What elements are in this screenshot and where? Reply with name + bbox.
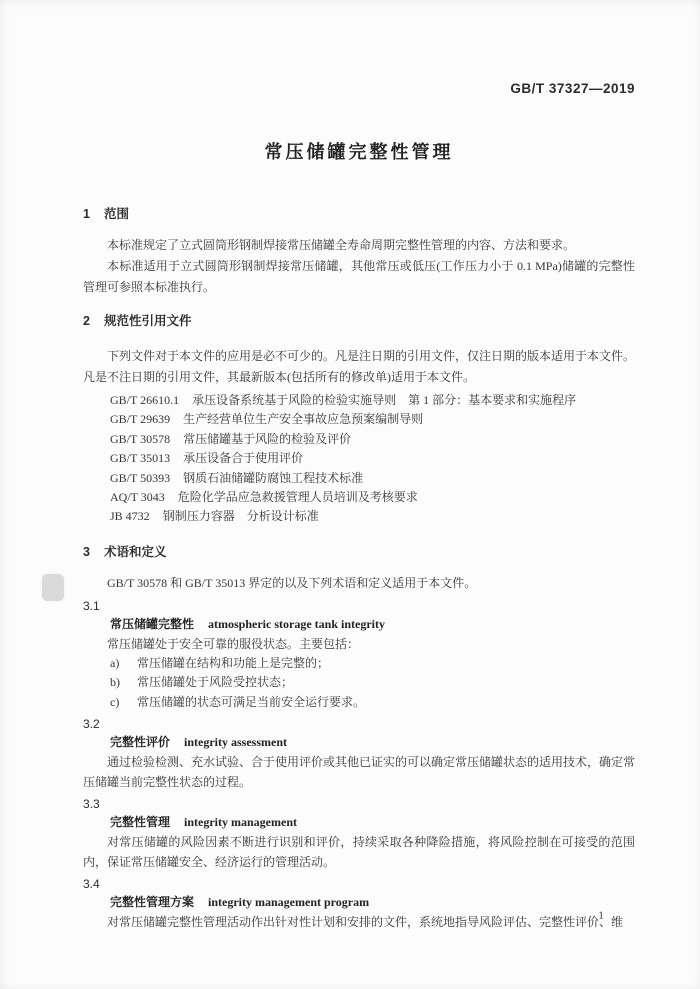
reference-code: AQ/T 3043 xyxy=(110,488,165,507)
scope-paragraph-2: 本标准适用于立式圆筒形钢制焊接常压储罐，其他常压或低压(工作压力小于 0.1 M… xyxy=(83,256,635,298)
term-3-4-en: integrity management program xyxy=(208,895,369,909)
reference-title: 承压设备系统基于风险的检验实施导则 第 1 部分：基本要求和实施程序 xyxy=(192,393,576,407)
term-3-1-item-b: b)常压储罐处于风险受控状态； xyxy=(83,673,635,692)
reference-code: GB/T 50393 xyxy=(110,469,170,488)
term-3-4-line: 完整性管理方案integrity management program xyxy=(83,893,635,912)
clause-3-heading: 3术语和定义 xyxy=(83,544,635,560)
reference-code: GB/T 26610.1 xyxy=(110,391,179,410)
clause-3-number: 3 xyxy=(83,544,90,560)
reference-code: GB/T 30578 xyxy=(110,430,170,449)
list-text: 常压储罐处于风险受控状态； xyxy=(137,675,293,689)
standard-code: GB/T 37327—2019 xyxy=(83,0,635,96)
term-3-3-id: 3.3 xyxy=(83,795,635,813)
term-3-3-definition: 对常压储罐的风险因素不断进行识别和评价，持续采取各种降险措施，将风险控制在可接受… xyxy=(83,832,635,872)
term-3-3-line: 完整性管理integrity management xyxy=(83,813,635,832)
list-label: b) xyxy=(110,673,137,692)
term-3-4-zh: 完整性管理方案 xyxy=(110,895,194,909)
term-3-1-en: atmospheric storage tank integrity xyxy=(208,617,385,631)
reference-code: GB/T 29639 xyxy=(110,410,170,429)
reference-code: JB 4732 xyxy=(110,507,150,526)
reference-item: GB/T 29639生产经营单位生产安全事故应急预案编制导则 xyxy=(83,410,635,429)
references-intro: 下列文件对于本文件的应用是必不可少的。凡是注日期的引用文件，仅注日期的版本适用于… xyxy=(83,346,635,388)
term-3-1-zh: 常压储罐完整性 xyxy=(110,617,194,631)
clause-1-number: 1 xyxy=(83,206,90,222)
terms-intro: GB/T 30578 和 GB/T 35013 界定的以及下列术语和定义适用于本… xyxy=(83,573,635,594)
scan-binder-mark xyxy=(42,574,64,601)
reference-title: 钢制压力容器 分析设计标准 xyxy=(163,509,319,523)
term-3-2-line: 完整性评价integrity assessment xyxy=(83,733,635,752)
clause-2-heading: 2规范性引用文件 xyxy=(83,313,635,329)
term-3-1-item-c: c)常压储罐的状态可满足当前安全运行要求。 xyxy=(83,693,635,712)
reference-item: GB/T 26610.1承压设备系统基于风险的检验实施导则 第 1 部分：基本要… xyxy=(83,391,635,410)
scope-paragraph-1: 本标准规定了立式圆筒形钢制焊接常压储罐全寿命周期完整性管理的内容、方法和要求。 xyxy=(83,235,635,256)
term-3-1-definition: 常压储罐处于安全可靠的服役状态。主要包括： xyxy=(83,634,635,654)
term-3-2-id: 3.2 xyxy=(83,715,635,733)
list-text: 常压储罐在结构和功能上是完整的； xyxy=(137,656,329,670)
document-title: 常压储罐完整性管理 xyxy=(83,140,635,164)
clause-2-number: 2 xyxy=(83,313,90,329)
term-3-1-id: 3.1 xyxy=(83,597,635,615)
document-page: GB/T 37327—2019 常压储罐完整性管理 1范围 本标准规定了立式圆筒… xyxy=(0,0,700,989)
term-3-1-item-a: a)常压储罐在结构和功能上是完整的； xyxy=(83,654,635,673)
references-list: GB/T 26610.1承压设备系统基于风险的检验实施导则 第 1 部分：基本要… xyxy=(83,391,635,527)
term-3-3-zh: 完整性管理 xyxy=(110,815,170,829)
list-label: a) xyxy=(110,654,137,673)
clause-1-title: 范围 xyxy=(104,207,129,221)
term-3-4-definition: 对常压储罐完整性管理活动作出针对性计划和安排的文件，系统地指导风险评估、完整性评… xyxy=(83,912,635,932)
reference-title: 生产经营单位生产安全事故应急预案编制导则 xyxy=(183,412,423,426)
term-3-2-en: integrity assessment xyxy=(184,735,287,749)
term-3-4-id: 3.4 xyxy=(83,875,635,893)
reference-title: 承压设备合于使用评价 xyxy=(183,451,303,465)
term-3-2-zh: 完整性评价 xyxy=(110,735,170,749)
clause-1-heading: 1范围 xyxy=(83,206,635,222)
clause-3-title: 术语和定义 xyxy=(104,545,167,559)
clause-2-title: 规范性引用文件 xyxy=(104,314,192,328)
reference-title: 钢质石油储罐防腐蚀工程技术标准 xyxy=(183,471,363,485)
reference-item: GB/T 30578常压储罐基于风险的检验及评价 xyxy=(83,430,635,449)
term-3-1-line: 常压储罐完整性atmospheric storage tank integrit… xyxy=(83,615,635,634)
reference-item: JB 4732钢制压力容器 分析设计标准 xyxy=(83,507,635,526)
reference-item: GB/T 50393钢质石油储罐防腐蚀工程技术标准 xyxy=(83,469,635,488)
term-3-3-en: integrity management xyxy=(184,815,297,829)
list-label: c) xyxy=(110,693,137,712)
page-content: GB/T 37327—2019 常压储罐完整性管理 1范围 本标准规定了立式圆筒… xyxy=(83,0,635,932)
reference-code: GB/T 35013 xyxy=(110,449,170,468)
list-text: 常压储罐的状态可满足当前安全运行要求。 xyxy=(137,695,365,709)
reference-item: GB/T 35013承压设备合于使用评价 xyxy=(83,449,635,468)
page-number: 1 xyxy=(598,910,604,922)
term-3-2-definition: 通过检验检测、充水试验、合于使用评价或其他已证实的可以确定常压储罐状态的适用技术… xyxy=(83,752,635,792)
reference-title: 常压储罐基于风险的检验及评价 xyxy=(183,432,351,446)
reference-title: 危险化学品应急救援管理人员培训及考核要求 xyxy=(178,490,418,504)
reference-item: AQ/T 3043危险化学品应急救援管理人员培训及考核要求 xyxy=(83,488,635,507)
